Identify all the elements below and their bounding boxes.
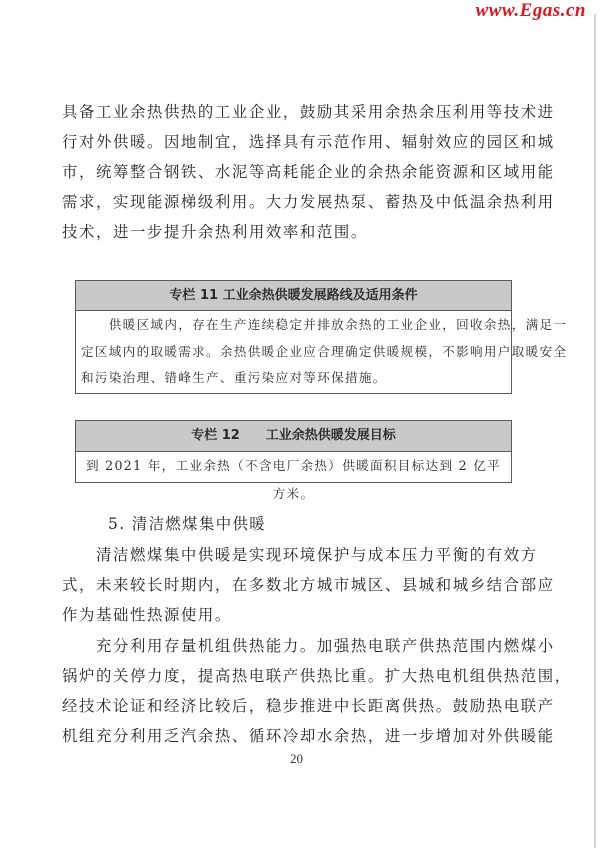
text-line: 清洁燃煤集中供暖是实现环境保护与成本压力平衡的有效方 xyxy=(62,540,540,570)
text-line: 市，统筹整合钢铁、水泥等高耗能企业的余热余能资源和区域用能 xyxy=(62,157,540,187)
text-line: 行对外供暖。因地制宜，选择具有示范作用、辐射效应的园区和城 xyxy=(62,127,540,157)
column-box-body: 供暖区域内，存在生产连续稳定并排放余热的工业企业，回收余热，满足一 定区域内的取… xyxy=(76,311,511,393)
text-line: 技术，进一步提升余热利用效率和范围。 xyxy=(62,217,540,247)
text-line: 充分利用存量机组供热能力。加强热电联产供热范围内燃煤小 xyxy=(62,631,540,661)
text-line: 需求，实现能源梯级利用。大力发展热泵、蓄热及中低温余热利用 xyxy=(62,187,540,217)
column-box-body: 到 2021 年，工业余热（不含电厂余热）供暖面积目标达到 2 亿平方米。 xyxy=(76,452,511,482)
paragraph-industrial-waste-heat: 具备工业余热供热的工业企业，鼓励其采用余热余压利用等技术进 行对外供暖。因地制宜… xyxy=(62,97,540,247)
text-line: 作为基础性热源使用。 xyxy=(62,600,540,630)
text-line: 供暖区域内，存在生产连续稳定并排放余热的工业企业，回收余热，满足一 xyxy=(81,312,506,339)
text-line: 式，未来较长时期内，在多数北方城市城区、县城和城乡结合部应 xyxy=(62,570,540,600)
paragraph-clean-coal-intro: 清洁燃煤集中供暖是实现环境保护与成本压力平衡的有效方 式，未来较长时期内，在多数… xyxy=(62,540,540,630)
page-edge-divider xyxy=(594,14,596,848)
text-line: 和污染治理、错峰生产、重污染应对等环保措施。 xyxy=(81,365,506,392)
column-box-11: 专栏 11 工业余热供暖发展路线及适用条件 供暖区域内，存在生产连续稳定并排放余… xyxy=(75,280,512,394)
text-line: 锅炉的关停力度，提高热电联产供热比重。扩大热电机组供热范围， xyxy=(62,661,540,691)
text-line: 经技术论证和经济比较后，稳步推进中长距离供热。鼓励热电联产 xyxy=(62,691,540,721)
column-box-12: 专栏 12 工业余热供暖发展目标 到 2021 年，工业余热（不含电厂余热）供暖… xyxy=(75,420,512,483)
text-line: 定区域内的取暖需求。余热供暖企业应合理确定供暖规模，不影响用户取暖安全 xyxy=(81,339,506,366)
page-number: 20 xyxy=(290,751,303,767)
column-box-title: 专栏 11 工业余热供暖发展路线及适用条件 xyxy=(76,281,511,311)
text-line: 机组充分利用乏汽余热、循环冷却水余热，进一步增加对外供暖能 xyxy=(62,721,540,751)
text-line: 具备工业余热供热的工业企业，鼓励其采用余热余压利用等技术进 xyxy=(62,97,540,127)
paragraph-existing-units: 充分利用存量机组供热能力。加强热电联产供热范围内燃煤小 锅炉的关停力度，提高热电… xyxy=(62,631,540,751)
watermark-logo: www.Egas.cn xyxy=(476,0,586,22)
column-box-title: 专栏 12 工业余热供暖发展目标 xyxy=(76,421,511,452)
section-heading: 5. 清洁燃煤集中供暖 xyxy=(108,512,266,534)
